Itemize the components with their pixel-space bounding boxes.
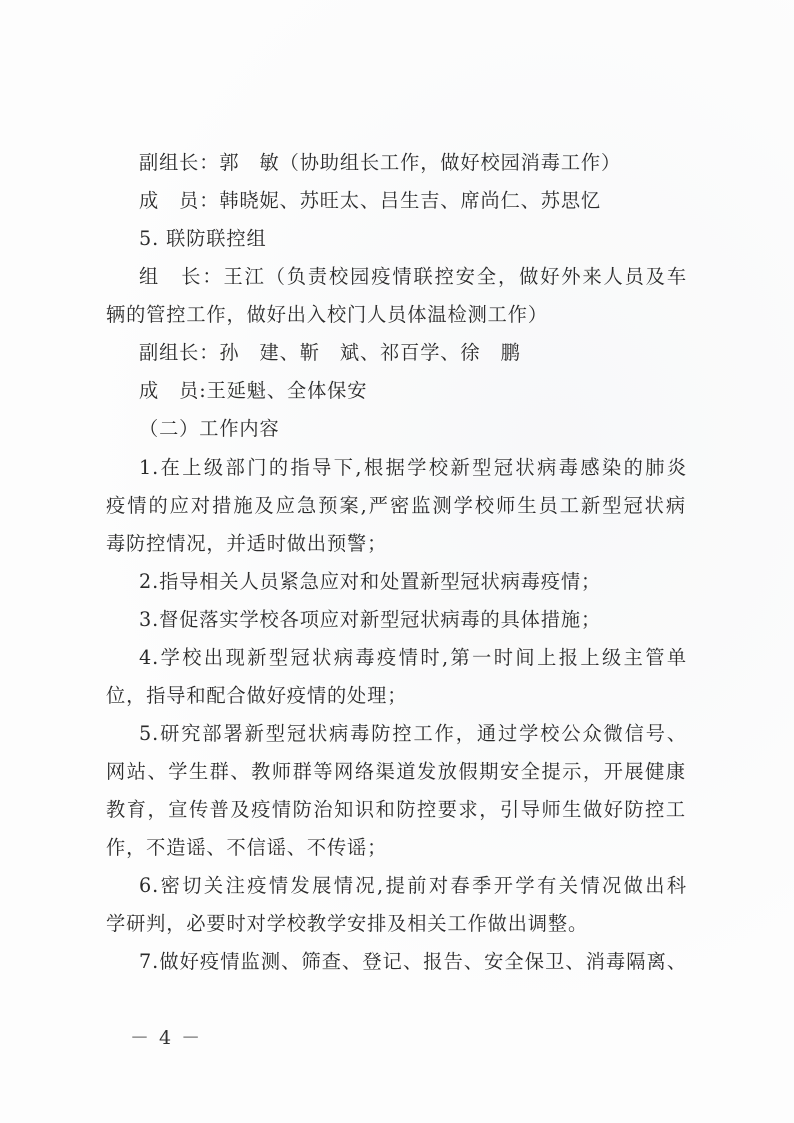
paragraph-1-line-1: 1.在上级部门的指导下,根据学校新型冠状病毒感染的肺炎 <box>139 455 687 481</box>
paragraph-5-line-4: 作，不造谣、不信谣、不传谣； <box>106 835 387 861</box>
paragraph-2: 2.指导相关人员紧急应对和处置新型冠状病毒疫情； <box>139 569 601 595</box>
paragraph-7-line-1: 7.做好疫情监测、筛查、登记、报告、安全保卫、消毒隔离、 <box>139 949 687 975</box>
text-line-vice-leaders: 副组长：孙 建、靳 斌、祁百学、徐 鹏 <box>139 340 521 366</box>
text-line-leader-cont: 辆的管控工作，做好出入校门人员体温检测工作） <box>106 302 548 328</box>
text-line-leader: 组 长：王江（负责校园疫情联控安全，做好外来人员及车 <box>139 264 687 290</box>
paragraph-4-line-1: 4.学校出现新型冠状病毒疫情时,第一时间上报上级主管单 <box>139 645 687 671</box>
text-line-members-2: 成 员:王延魁、全体保安 <box>139 378 367 404</box>
text-line-members: 成 员：韩晓妮、苏旺太、吕生吉、席尚仁、苏思忆 <box>139 188 601 214</box>
document-page: 副组长：郭 敏（协助组长工作，做好校园消毒工作） 成 员：韩晓妮、苏旺太、吕生吉… <box>0 0 794 1123</box>
paragraph-3: 3.督促落实学校各项应对新型冠状病毒的具体措施； <box>139 607 601 633</box>
paragraph-1-line-2: 疫情的应对措施及应急预案,严密监测学校师生员工新型冠状病 <box>106 493 686 519</box>
section-heading-work-content: （二）工作内容 <box>139 416 280 442</box>
paragraph-1-line-3: 毒防控情况，并适时做出预警； <box>106 531 387 557</box>
paragraph-6-line-1: 6.密切关注疫情发展情况,提前对春季开学有关情况做出科 <box>139 873 687 899</box>
text-line-vice-leader: 副组长：郭 敏（协助组长工作，做好校园消毒工作） <box>139 150 621 176</box>
paragraph-5-line-2: 网站、学生群、教师群等网络渠道发放假期安全提示，开展健康 <box>106 759 686 785</box>
paragraph-5-line-1: 5.研究部署新型冠状病毒防控工作，通过学校公众微信号、 <box>139 721 687 747</box>
page-number: － 4 － <box>130 1023 202 1050</box>
paragraph-6-line-2: 学研判，必要时对学校教学安排及相关工作做出调整。 <box>106 911 588 937</box>
section-heading-joint-control: 5. 联防联控组 <box>139 226 267 252</box>
paragraph-5-line-3: 教育，宣传普及疫情防治知识和防控要求，引导师生做好防控工 <box>106 797 686 823</box>
paragraph-4-line-2: 位，指导和配合做好疫情的处理； <box>106 683 407 709</box>
